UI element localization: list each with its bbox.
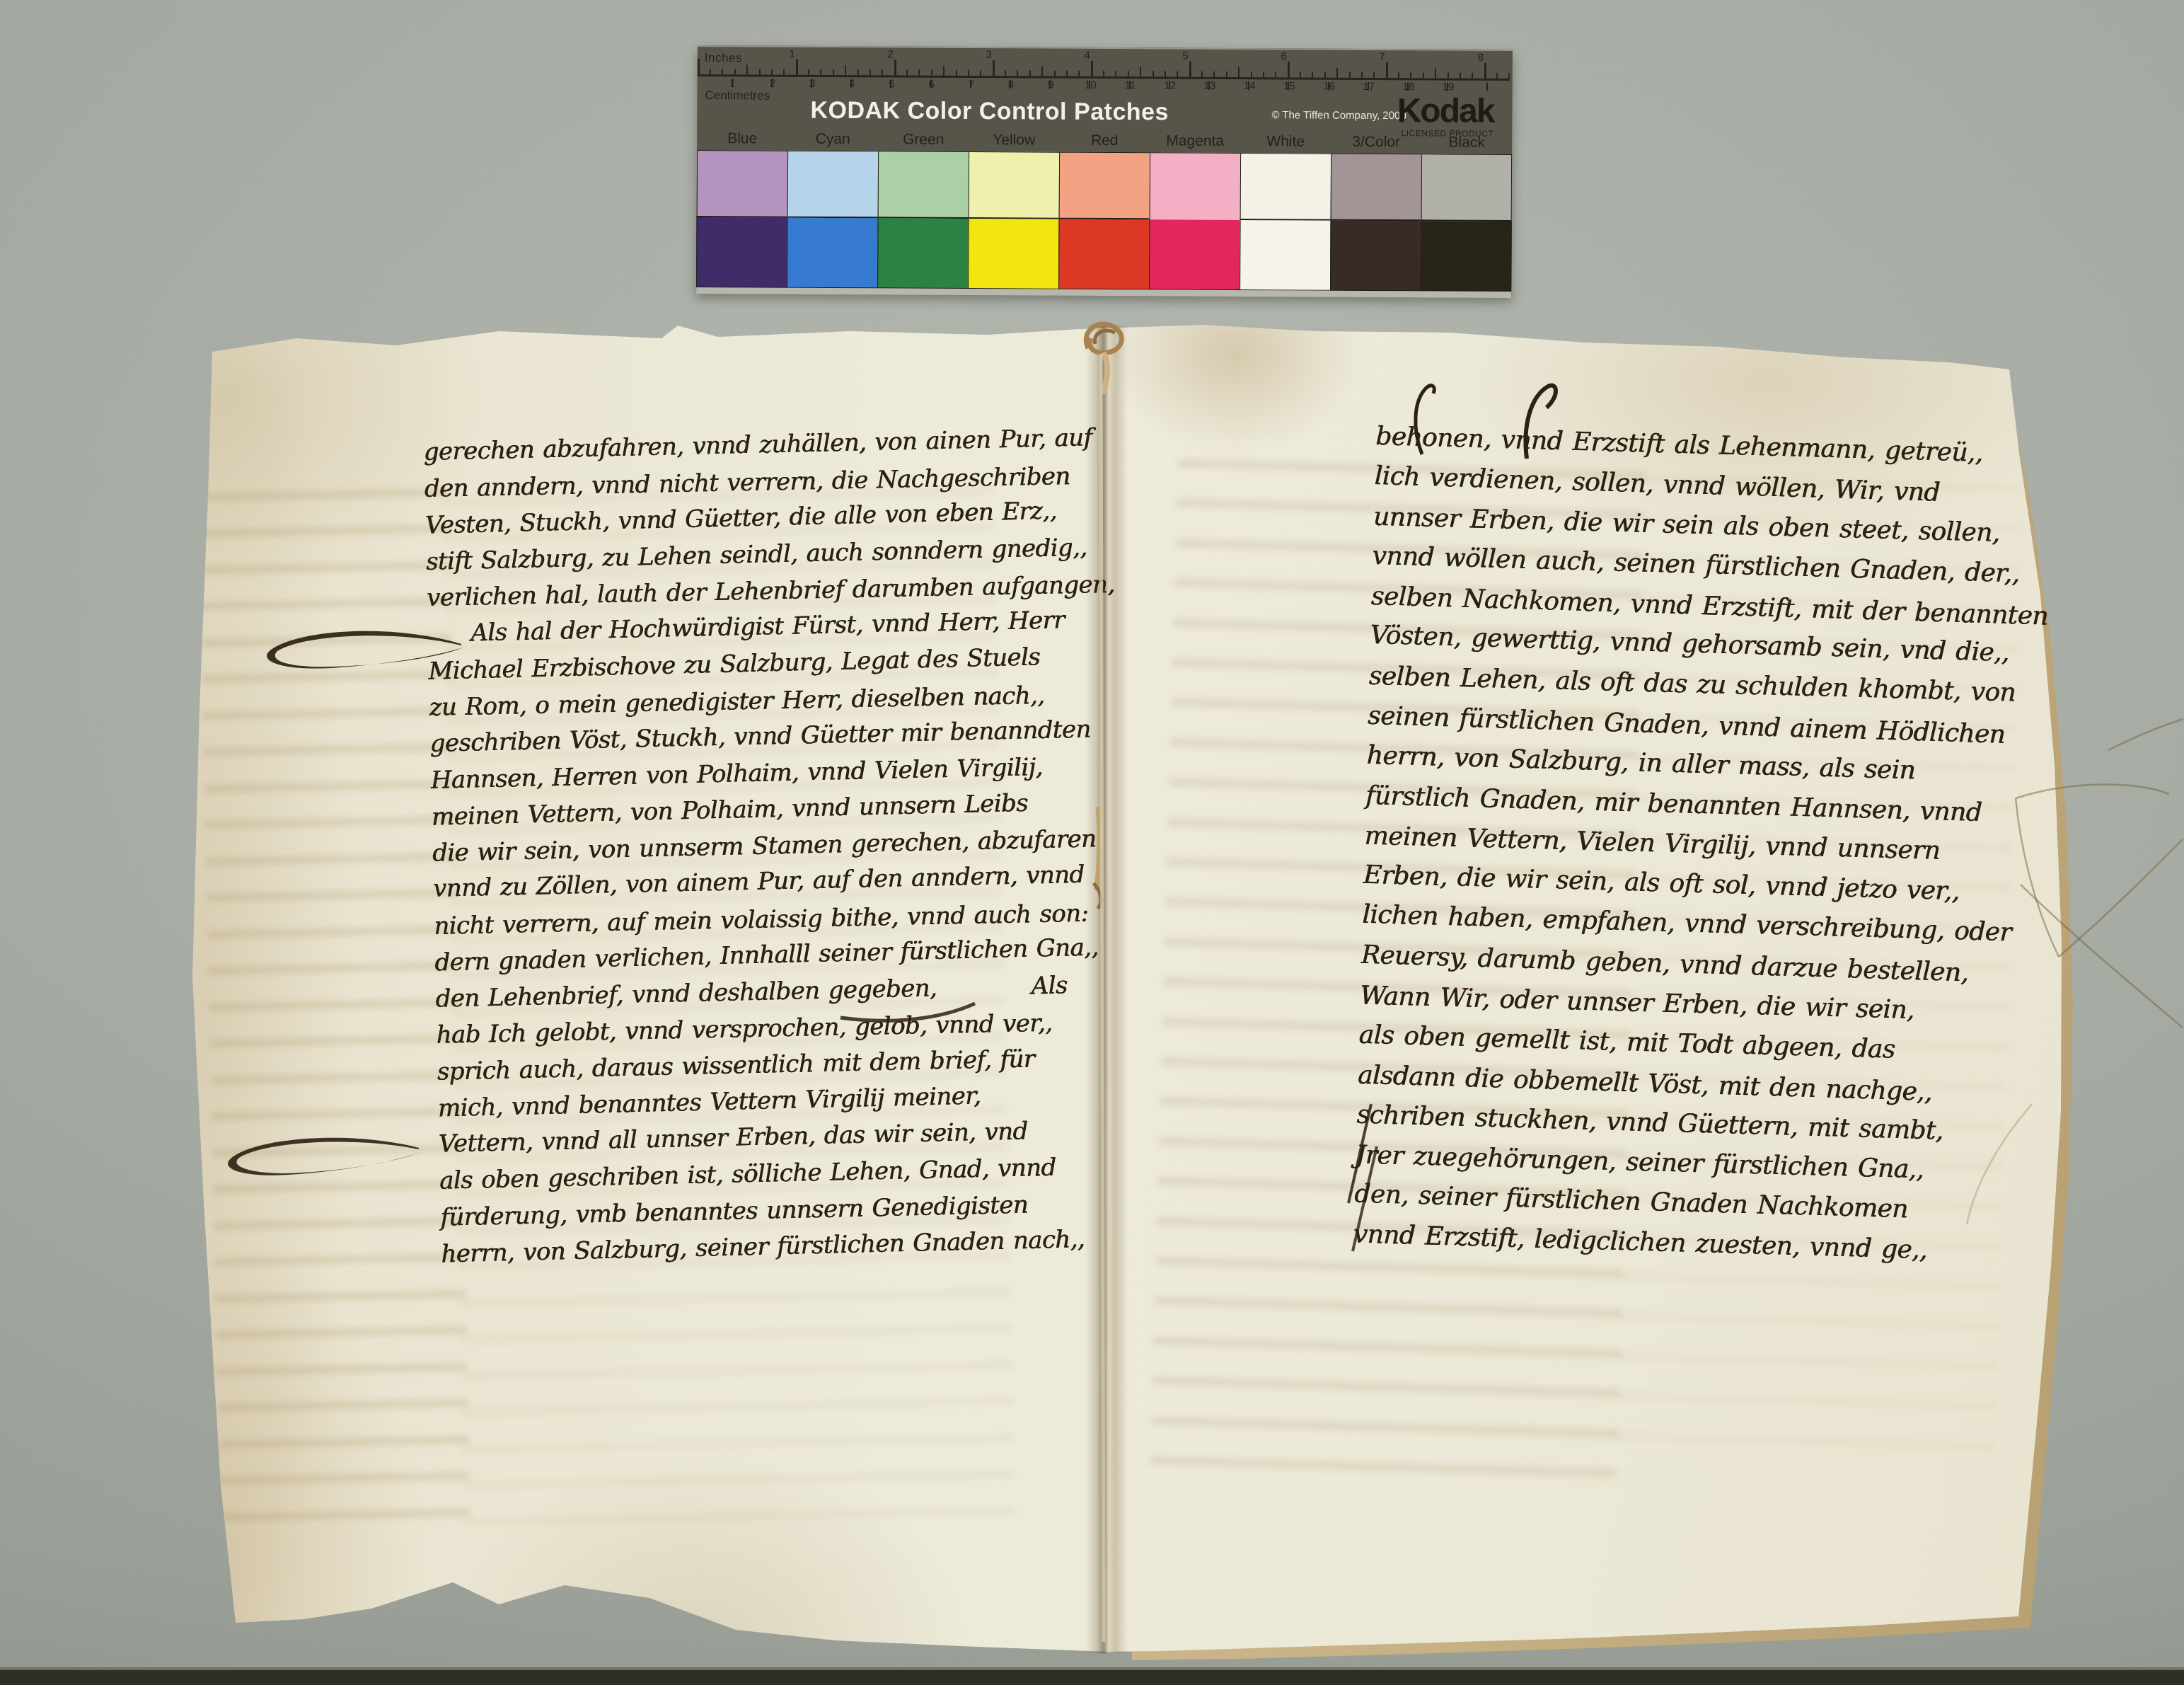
patch-swatch-saturated: [1240, 220, 1331, 291]
patch-swatch-saturated: [1149, 219, 1240, 290]
color-column: Red: [1058, 132, 1150, 290]
cm-number: 15: [1269, 80, 1309, 91]
cm-number: 9: [1031, 79, 1070, 90]
cm-number: 1: [713, 77, 753, 88]
patch-swatch-saturated: [696, 217, 787, 288]
patch-label: White: [1240, 133, 1331, 154]
cm-number: 2: [753, 77, 792, 88]
color-column: Magenta: [1149, 132, 1240, 290]
cm-number: 7: [952, 79, 991, 90]
patch-label: 3/Color: [1331, 134, 1421, 154]
cm-number: 16: [1309, 81, 1348, 92]
cm-number: 5: [872, 78, 911, 89]
patch-swatch-light: [1150, 152, 1241, 222]
binding-fold: [1085, 326, 1128, 1653]
patch-label: Magenta: [1150, 132, 1240, 153]
patch-swatch-saturated: [787, 218, 878, 289]
patch-swatch-saturated: [1421, 221, 1512, 292]
patch-label: Black: [1421, 134, 1512, 154]
color-column: Yellow: [968, 132, 1059, 289]
handwritten-text-left: gerechen abzufahren, vnnd zuhällen, von …: [423, 420, 1078, 1272]
patch-label: Blue: [697, 130, 787, 151]
color-column: Black: [1421, 134, 1512, 292]
patch-swatch-light: [1331, 154, 1421, 222]
cm-number: 13: [1190, 80, 1230, 91]
cm-number: 17: [1349, 81, 1389, 92]
color-column: Green: [877, 131, 969, 289]
kodak-color-bar: Inches 12345678 123456789101112131415161…: [696, 45, 1513, 297]
patch-swatch-saturated: [968, 219, 1059, 289]
cm-number: 14: [1230, 80, 1269, 91]
patch-swatch-saturated: [1330, 221, 1421, 292]
patch-swatch-saturated: [877, 218, 969, 289]
color-column: Cyan: [787, 131, 878, 289]
patch-label: Green: [878, 131, 969, 151]
cm-number: 4: [832, 78, 872, 89]
patch-label: Yellow: [969, 132, 1059, 152]
archival-photo: gerechen abzufahren, vnnd zuhällen, von …: [0, 0, 2184, 1685]
cm-number: 10: [1070, 79, 1110, 91]
kodak-logo: Kodak: [1397, 91, 1494, 131]
patch-swatch-light: [1421, 154, 1512, 222]
cm-number: 6: [912, 79, 952, 90]
color-column: 3/Color: [1330, 134, 1421, 292]
cm-number: 18: [1389, 81, 1428, 92]
color-column: Blue: [696, 130, 787, 288]
patch-swatch-light: [878, 151, 969, 219]
handwritten-text-right: behonen, vnnd Erzstift als Lehenmann, ge…: [1353, 417, 2055, 1274]
patch-label: Red: [1059, 132, 1150, 153]
patch-swatch-light: [969, 151, 1059, 219]
cm-number: 3: [792, 78, 832, 89]
cm-number: 8: [991, 79, 1031, 90]
table-edge-strip: [0, 1667, 2184, 1685]
card-copyright: © The Tiffen Company, 2000: [1271, 109, 1406, 122]
cm-number: 19: [1428, 81, 1468, 92]
cm-number: 11: [1110, 79, 1150, 91]
centimetres-label: Centimetres: [705, 88, 770, 103]
patch-swatch-light: [1059, 152, 1150, 220]
patch-label: Cyan: [787, 131, 878, 151]
color-column: White: [1240, 133, 1331, 291]
color-patches: Blue Cyan Green Yellow: [696, 130, 1512, 292]
patch-swatch-light: [1240, 153, 1331, 221]
cm-number: 12: [1150, 79, 1190, 91]
patch-swatch-light: [787, 151, 878, 219]
card-title: KODAK Color Control Patches: [810, 97, 1169, 127]
patch-swatch-light: [697, 150, 787, 218]
patch-swatch-saturated: [1058, 219, 1150, 290]
